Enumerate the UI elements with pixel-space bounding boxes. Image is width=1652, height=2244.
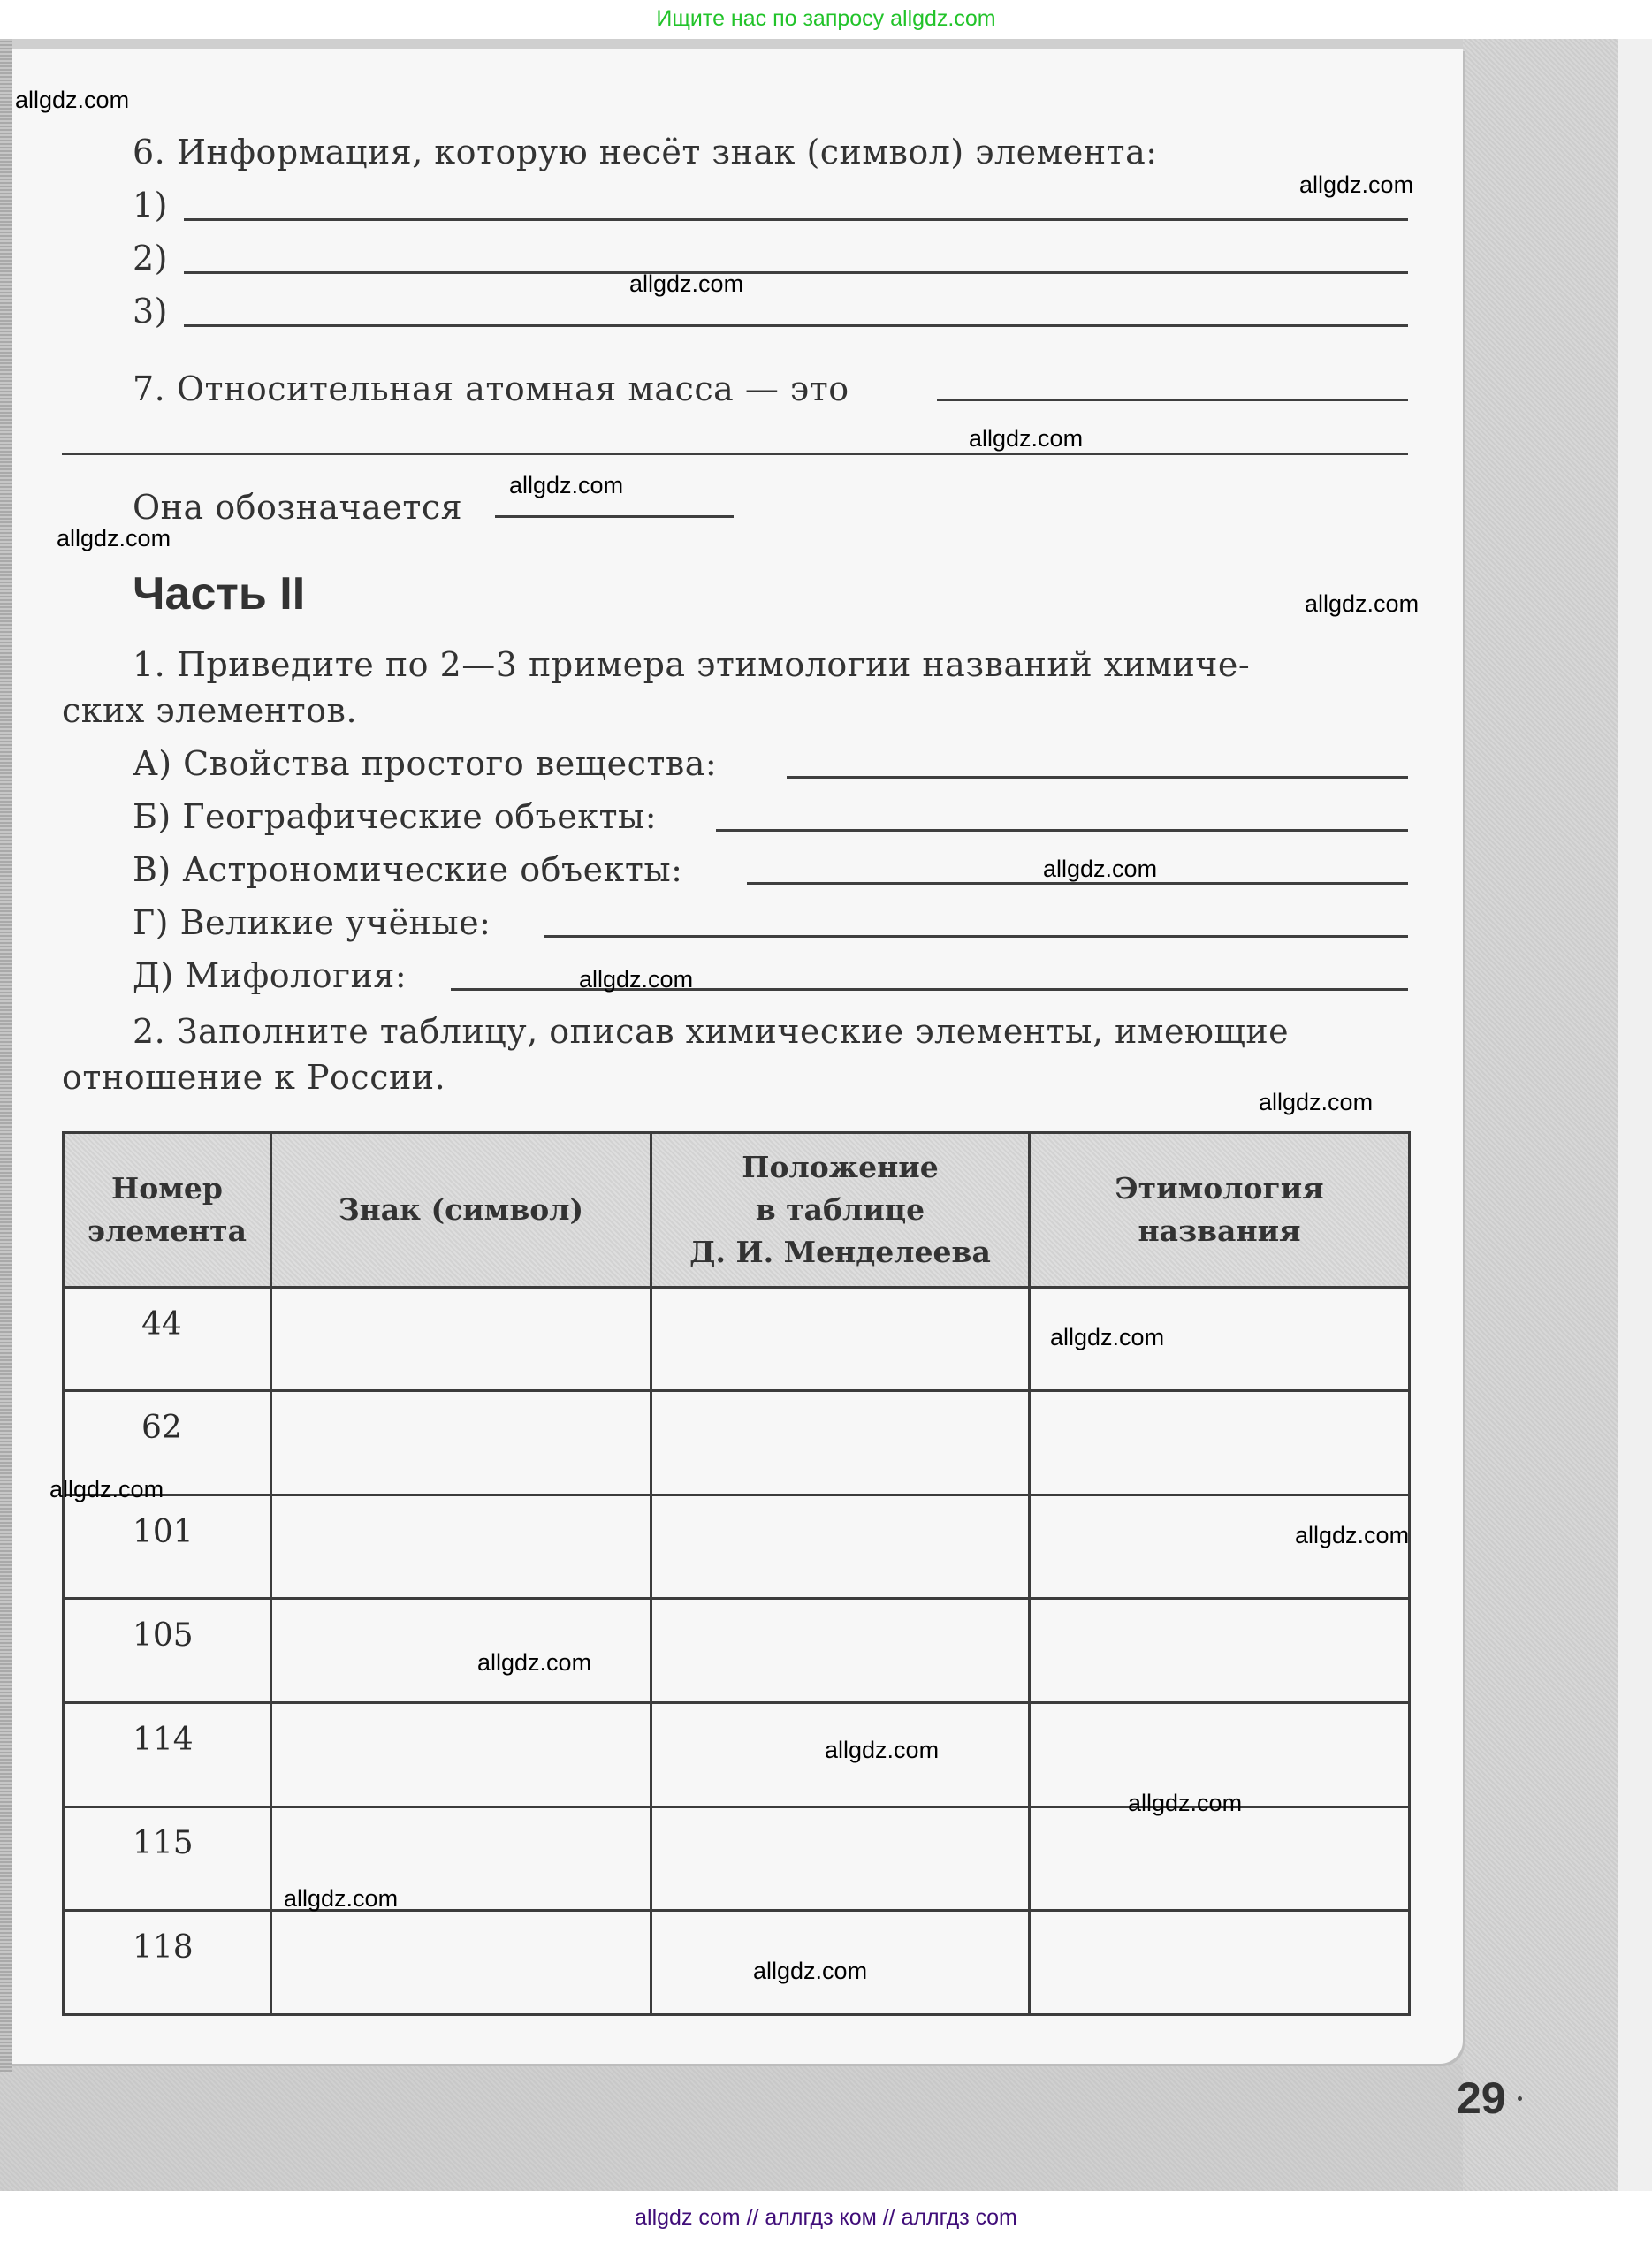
- watermark: allgdz.com: [15, 87, 129, 114]
- section-title-part-2: Часть II: [133, 567, 305, 620]
- watermark: allgdz.com: [969, 425, 1083, 453]
- watermark: allgdz.com: [477, 1649, 591, 1677]
- watermark: allgdz.com: [57, 525, 171, 552]
- watermark: allgdz.com: [1295, 1522, 1409, 1549]
- page-number: 29: [1457, 2073, 1506, 2124]
- watermark: allgdz.com: [825, 1737, 939, 1764]
- answer-line-1-g[interactable]: [544, 935, 1408, 938]
- answer-line-7-a[interactable]: [937, 399, 1408, 401]
- answer-line-1-b[interactable]: [716, 829, 1408, 832]
- page-binding-shadow: [1463, 39, 1618, 2191]
- table-row-number: 105: [133, 1617, 194, 1654]
- scan-lower-area: [0, 2064, 1463, 2191]
- answer-line-6-2[interactable]: [184, 271, 1408, 274]
- question-6-title: 6. Информация, которую несёт знак (симво…: [133, 133, 1158, 171]
- table-column-divider: [270, 1131, 272, 2016]
- watermark: allgdz.com: [753, 1958, 867, 1985]
- answer-line-6-3[interactable]: [184, 324, 1408, 327]
- question-1-line-1: 1. Приведите по 2—3 примера этимологии н…: [133, 645, 1250, 684]
- table-row-number: 101: [133, 1514, 194, 1550]
- page-left-edge: [0, 39, 12, 2072]
- question-1-option-b: Б) Географические объекты:: [133, 797, 657, 836]
- answer-line-7-designation[interactable]: [495, 515, 734, 518]
- header-text: Знак (символ): [339, 1189, 583, 1231]
- table-border-right: [1408, 1131, 1411, 2016]
- question-1-option-v: В) Астрономические объекты:: [133, 850, 682, 889]
- watermark: allgdz.com: [1128, 1790, 1242, 1817]
- question-1-option-a: А) Свойства простого вещества:: [133, 744, 717, 783]
- scan-right-margin: [1618, 39, 1652, 2191]
- header-text: элемента: [88, 1210, 247, 1252]
- bottom-banner[interactable]: allgdz com // аллгдз ком // аллгдз com: [0, 2191, 1652, 2244]
- table-column-divider: [1028, 1131, 1031, 2016]
- table-row-number: 118: [133, 1929, 194, 1966]
- watermark: allgdz.com: [509, 472, 623, 499]
- question-7-title: 7. Относительная атомная масса — это: [133, 369, 849, 408]
- watermark: allgdz.com: [1050, 1324, 1164, 1351]
- watermark: allgdz.com: [1259, 1089, 1373, 1116]
- header-symbol: Знак (символ): [272, 1134, 650, 1286]
- question-6-item-1: 1): [133, 186, 168, 224]
- header-text: в таблице: [756, 1189, 925, 1231]
- table-border-bottom: [62, 2013, 1411, 2016]
- table-column-divider: [650, 1131, 652, 2016]
- table-row-divider: [62, 1494, 1411, 1496]
- table-row-divider: [62, 1701, 1411, 1704]
- watermark: allgdz.com: [1299, 171, 1413, 199]
- table-row-divider: [62, 1597, 1411, 1600]
- table-row-divider: [62, 1909, 1411, 1912]
- watermark: allgdz.com: [49, 1476, 164, 1503]
- watermark: allgdz.com: [284, 1885, 398, 1913]
- header-text: Д. И. Менделеева: [689, 1231, 991, 1274]
- top-banner[interactable]: Ищите нас по запросу allgdz.com: [0, 0, 1652, 39]
- page-number-dot: [1518, 2096, 1522, 2101]
- question-2-line-2: отношение к России.: [62, 1058, 445, 1097]
- header-text: Этимология: [1115, 1168, 1323, 1210]
- header-element-number: Номер элемента: [65, 1134, 270, 1286]
- question-1-option-g: Г) Великие учёные:: [133, 903, 491, 942]
- header-etymology: Этимология названия: [1031, 1134, 1408, 1286]
- question-6-item-2: 2): [133, 239, 168, 278]
- header-text: Положение: [742, 1146, 938, 1189]
- table-row-number: 62: [141, 1410, 182, 1446]
- cell-symbol-44[interactable]: [272, 1289, 650, 1389]
- table-border-left: [62, 1131, 65, 2016]
- answer-line-1-a[interactable]: [787, 776, 1408, 779]
- watermark: allgdz.com: [1043, 856, 1157, 883]
- cell-position-44[interactable]: [652, 1289, 1028, 1389]
- table-row-number: 44: [141, 1306, 182, 1343]
- question-1-option-d: Д) Мифология:: [133, 956, 407, 995]
- watermark: allgdz.com: [1305, 590, 1419, 618]
- workbook-page: [9, 49, 1463, 2064]
- table-row-number: 114: [133, 1722, 194, 1758]
- table-row-number: 115: [133, 1825, 194, 1861]
- question-6-item-3: 3): [133, 292, 168, 331]
- answer-line-6-1[interactable]: [184, 218, 1408, 221]
- header-text: Номер: [111, 1168, 223, 1210]
- table-row-divider: [62, 1389, 1411, 1392]
- watermark: allgdz.com: [579, 966, 693, 993]
- header-text: названия: [1138, 1210, 1301, 1252]
- answer-line-7-b[interactable]: [62, 453, 1408, 455]
- header-position: Положение в таблице Д. И. Менделеева: [652, 1134, 1028, 1286]
- question-7-designation: Она обозначается: [133, 488, 462, 527]
- watermark: allgdz.com: [629, 270, 743, 298]
- table-border-top: [62, 1131, 1411, 1134]
- question-1-line-2: ских элементов.: [62, 691, 357, 730]
- question-2-line-1: 2. Заполните таблицу, описав химические …: [133, 1012, 1289, 1051]
